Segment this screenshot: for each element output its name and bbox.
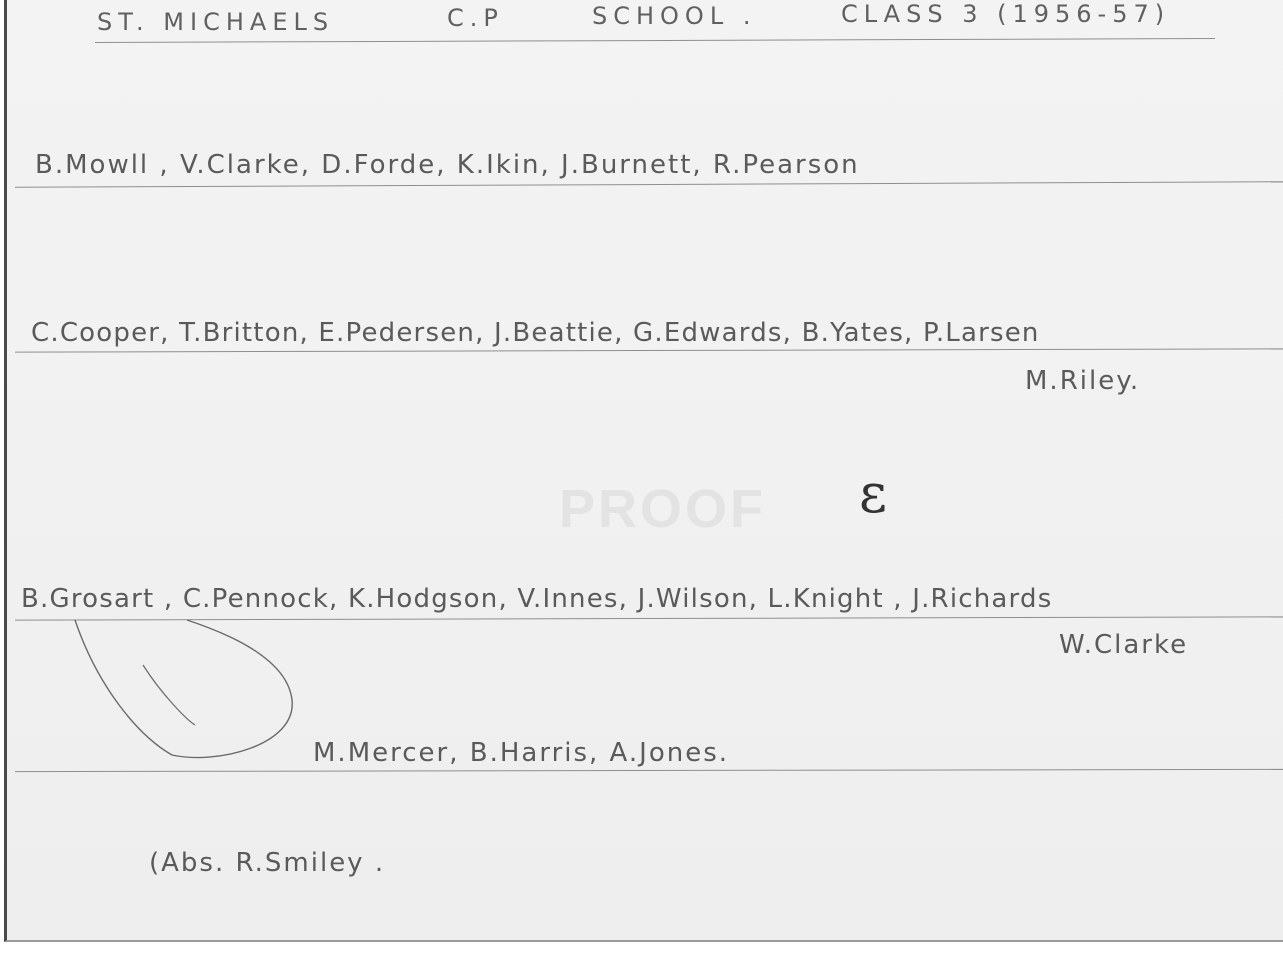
row-3-names: B.Grosart , C.Pennock, K.Hodgson, V.Inne… [21, 584, 1052, 614]
proof-mark: ε [859, 462, 887, 525]
row-2-rule [15, 348, 1283, 352]
row-4-names: M.Mercer, B.Harris, A.Jones. [313, 738, 729, 768]
pencil-loop-mark [67, 615, 307, 765]
proof-stamp: PROOF [559, 478, 766, 540]
row-3-continuation: W.Clarke [1059, 630, 1188, 660]
school-type: C.P [447, 4, 504, 32]
row-1-rule [15, 181, 1283, 188]
row-2-names: C.Cooper, T.Britton, E.Pedersen, J.Beatt… [31, 318, 1040, 348]
header-underline [95, 38, 1215, 43]
row-4-rule [15, 769, 1283, 772]
class-label: CLASS 3 (1956-57) [841, 0, 1170, 28]
school-word: SCHOOL . [592, 2, 756, 30]
absent-note: (Abs. R.Smiley . [149, 848, 385, 878]
row-2-continuation: M.Riley. [1025, 366, 1140, 396]
row-1-names: B.Mowll , V.Clarke, D.Forde, K.Ikin, J.B… [35, 150, 860, 180]
photo-back-card: ST. MICHAELS C.P SCHOOL . CLASS 3 (1956-… [4, 0, 1283, 942]
school-name: ST. MICHAELS [97, 8, 334, 36]
